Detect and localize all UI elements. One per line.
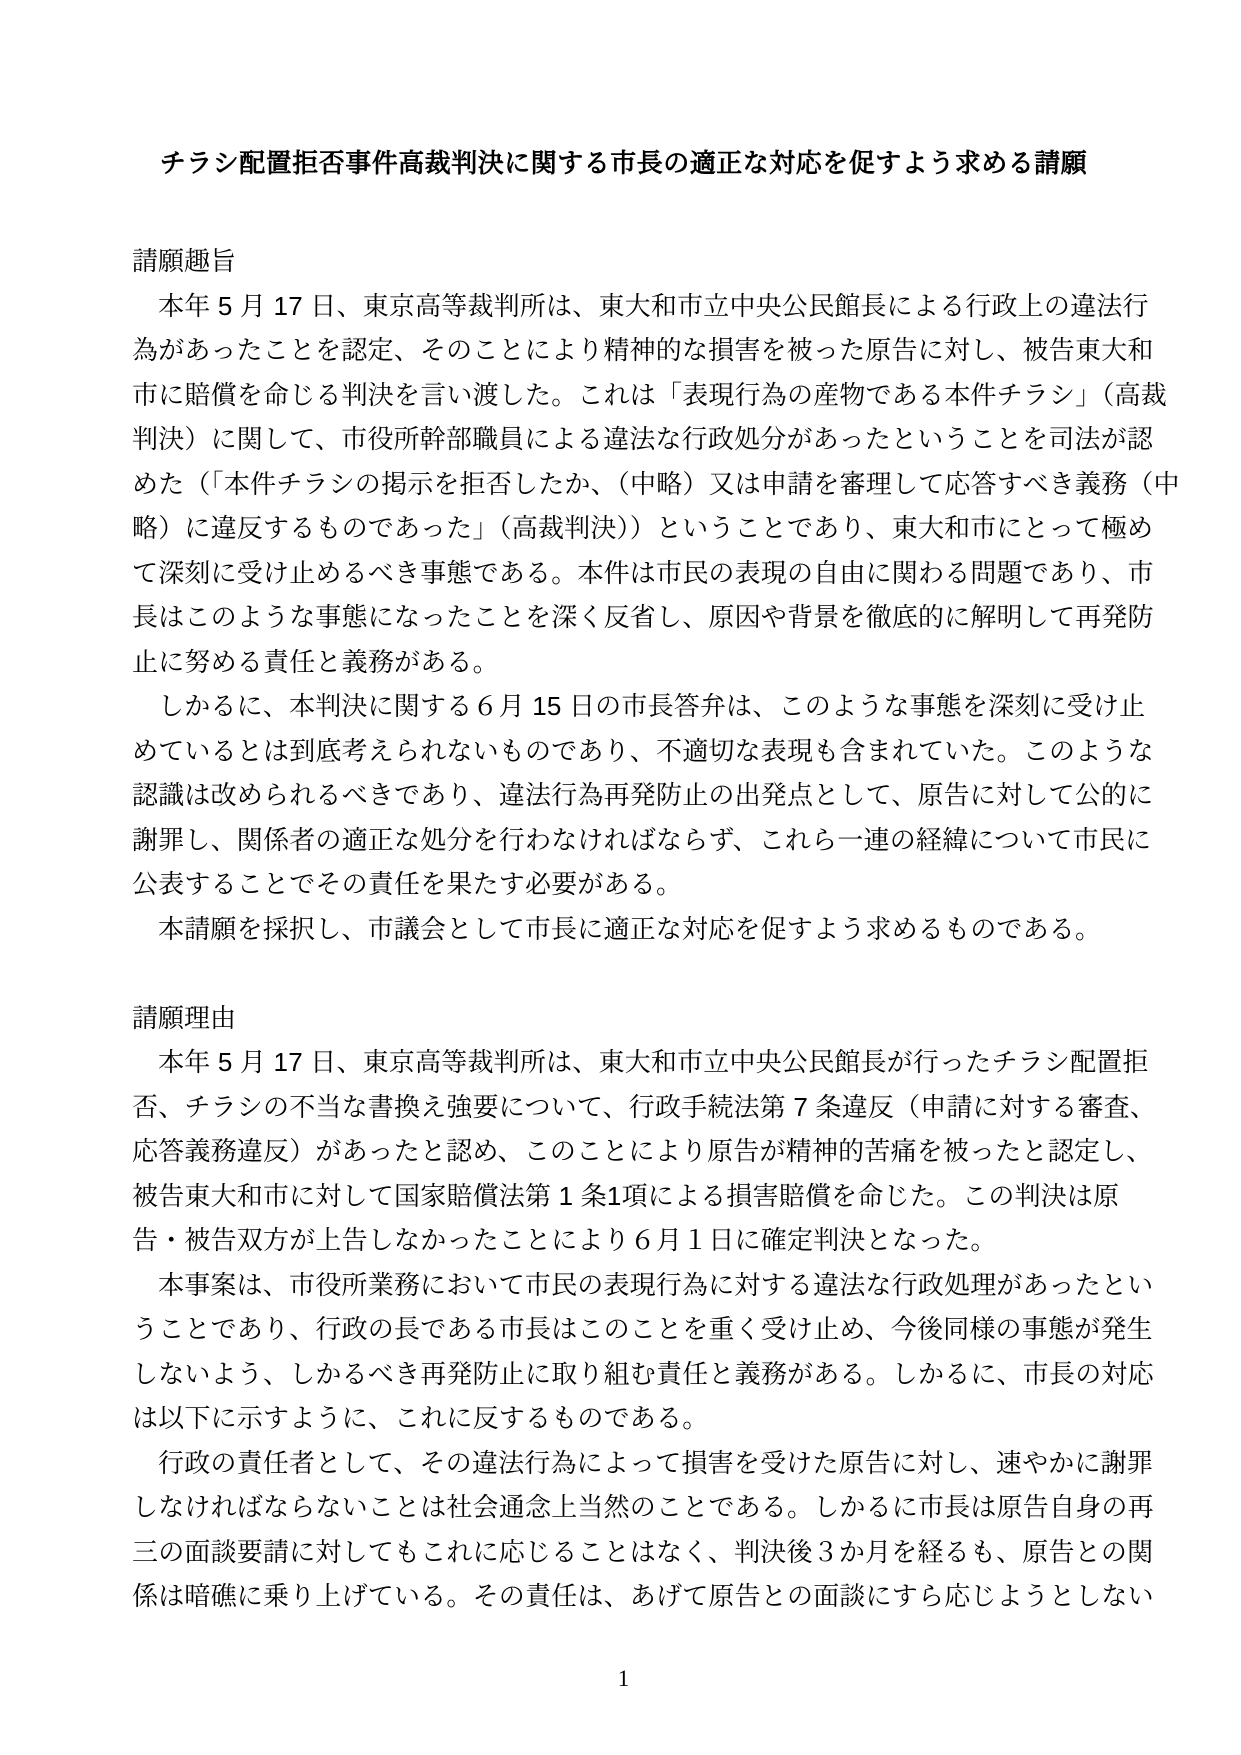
text-line: めた（「本件チラシの掲示を拒否したか、（中略）又は申請を審理して応答すべき義務（… bbox=[132, 462, 1115, 507]
text-line: は以下に示すように、これに反するものである。 bbox=[132, 1396, 1115, 1441]
document-title: チラシ配置拒否事件高裁判決に関する市長の適正な対応を促すよう求める請願 bbox=[132, 147, 1115, 179]
text-line: めているとは到底考えられないものであり、不適切な表現も含まれていた。このような bbox=[132, 729, 1115, 774]
paragraph: 本事案は、市役所業務において市民の表現行為に対する違法な行政処理があったとい う… bbox=[132, 1263, 1115, 1441]
text-line: しなければならないことは社会通念上当然のことである。しかるに市長は原告自身の再 bbox=[132, 1485, 1115, 1530]
text-line: 判決）に関して、市役所幹部職員による違法な行政処分があったということを司法が認 bbox=[132, 417, 1115, 462]
text-line: うことであり、行政の長である市長はこのことを重く受け止め、今後同様の事態が発生 bbox=[132, 1307, 1115, 1352]
text-line: しないよう、しかるべき再発防止に取り組む責任と義務がある。しかるに、市長の対応 bbox=[132, 1352, 1115, 1397]
text-line: 本年 5 月 17 日、東京高等裁判所は、東大和市立中央公民館長が行ったチラシ配… bbox=[132, 1040, 1115, 1085]
text-line: 否、チラシの不当な書換え強要について、行政手続法第 7 条違反（申請に対する審査… bbox=[132, 1085, 1115, 1130]
page-number: 1 bbox=[132, 1665, 1115, 1693]
document-page: チラシ配置拒否事件高裁判決に関する市長の適正な対応を促すよう求める請願 請願趣旨… bbox=[0, 0, 1241, 1755]
text-line: 認識は改められるべきであり、違法行為再発防止の出発点として、原告に対して公的に bbox=[132, 773, 1115, 818]
text-line: 本事案は、市役所業務において市民の表現行為に対する違法な行政処理があったとい bbox=[132, 1263, 1115, 1308]
text-line: 本年 5 月 17 日、東京高等裁判所は、東大和市立中央公民館長による行政上の違… bbox=[132, 284, 1115, 329]
text-line: 為があったことを認定、そのことにより精神的な損害を被った原告に対し、被告東大和 bbox=[132, 328, 1115, 373]
text-line: て深刻に受け止めるべき事態である。本件は市民の表現の自由に関わる問題であり、市 bbox=[132, 551, 1115, 596]
section-separator bbox=[132, 951, 1115, 996]
section-seigan-shushi: 請願趣旨 本年 5 月 17 日、東京高等裁判所は、東大和市立中央公民館長による… bbox=[132, 239, 1115, 951]
text-line: 応答義務違反）があったと認め、このことにより原告が精神的苦痛を被ったと認定し、 bbox=[132, 1129, 1115, 1174]
text-line: 係は暗礁に乗り上げている。その責任は、あげて原告との面談にすら応じようとしない bbox=[132, 1574, 1115, 1619]
text-line: 被告東大和市に対して国家賠償法第 1 条1項による損害賠償を命じた。この判決は原 bbox=[132, 1174, 1115, 1219]
text-line: 市に賠償を命じる判決を言い渡した。これは「表現行為の産物である本件チラシ」（高裁 bbox=[132, 373, 1115, 418]
section-seigan-riyu: 請願理由 本年 5 月 17 日、東京高等裁判所は、東大和市立中央公民館長が行っ… bbox=[132, 996, 1115, 1619]
section-heading-shushi: 請願趣旨 bbox=[132, 239, 1115, 284]
section-heading-riyu: 請願理由 bbox=[132, 996, 1115, 1041]
paragraph: 本請願を採択し、市議会として市長に適正な対応を促すよう求めるものである。 bbox=[132, 907, 1115, 952]
text-line: 謝罪し、関係者の適正な処分を行わなければならず、これら一連の経緯について市民に bbox=[132, 818, 1115, 863]
text-line: 略）に違反するものであった」（高裁判決））ということであり、東大和市にとって極め bbox=[132, 506, 1115, 551]
paragraph: 行政の責任者として、その違法行為によって損害を受けた原告に対し、速やかに謝罪 し… bbox=[132, 1441, 1115, 1619]
paragraph: しかるに、本判決に関する６月 15 日の市長答弁は、このような事態を深刻に受け止… bbox=[132, 684, 1115, 907]
text-line: 三の面談要請に対してもこれに応じることはなく、判決後３か月を経るも、原告との関 bbox=[132, 1530, 1115, 1575]
text-line: しかるに、本判決に関する６月 15 日の市長答弁は、このような事態を深刻に受け止 bbox=[132, 684, 1115, 729]
text-line: 行政の責任者として、その違法行為によって損害を受けた原告に対し、速やかに謝罪 bbox=[132, 1441, 1115, 1486]
paragraph: 本年 5 月 17 日、東京高等裁判所は、東大和市立中央公民館長による行政上の違… bbox=[132, 284, 1115, 685]
text-line: 止に努める責任と義務がある。 bbox=[132, 640, 1115, 685]
paragraph: 本年 5 月 17 日、東京高等裁判所は、東大和市立中央公民館長が行ったチラシ配… bbox=[132, 1040, 1115, 1263]
text-line: 本請願を採択し、市議会として市長に適正な対応を促すよう求めるものである。 bbox=[132, 907, 1115, 952]
text-line: 長はこのような事態になったことを深く反省し、原因や背景を徹底的に解明して再発防 bbox=[132, 595, 1115, 640]
text-line: 告・被告双方が上告しなかったことにより６月１日に確定判決となった。 bbox=[132, 1218, 1115, 1263]
text-line: 公表することでその責任を果たす必要がある。 bbox=[132, 862, 1115, 907]
